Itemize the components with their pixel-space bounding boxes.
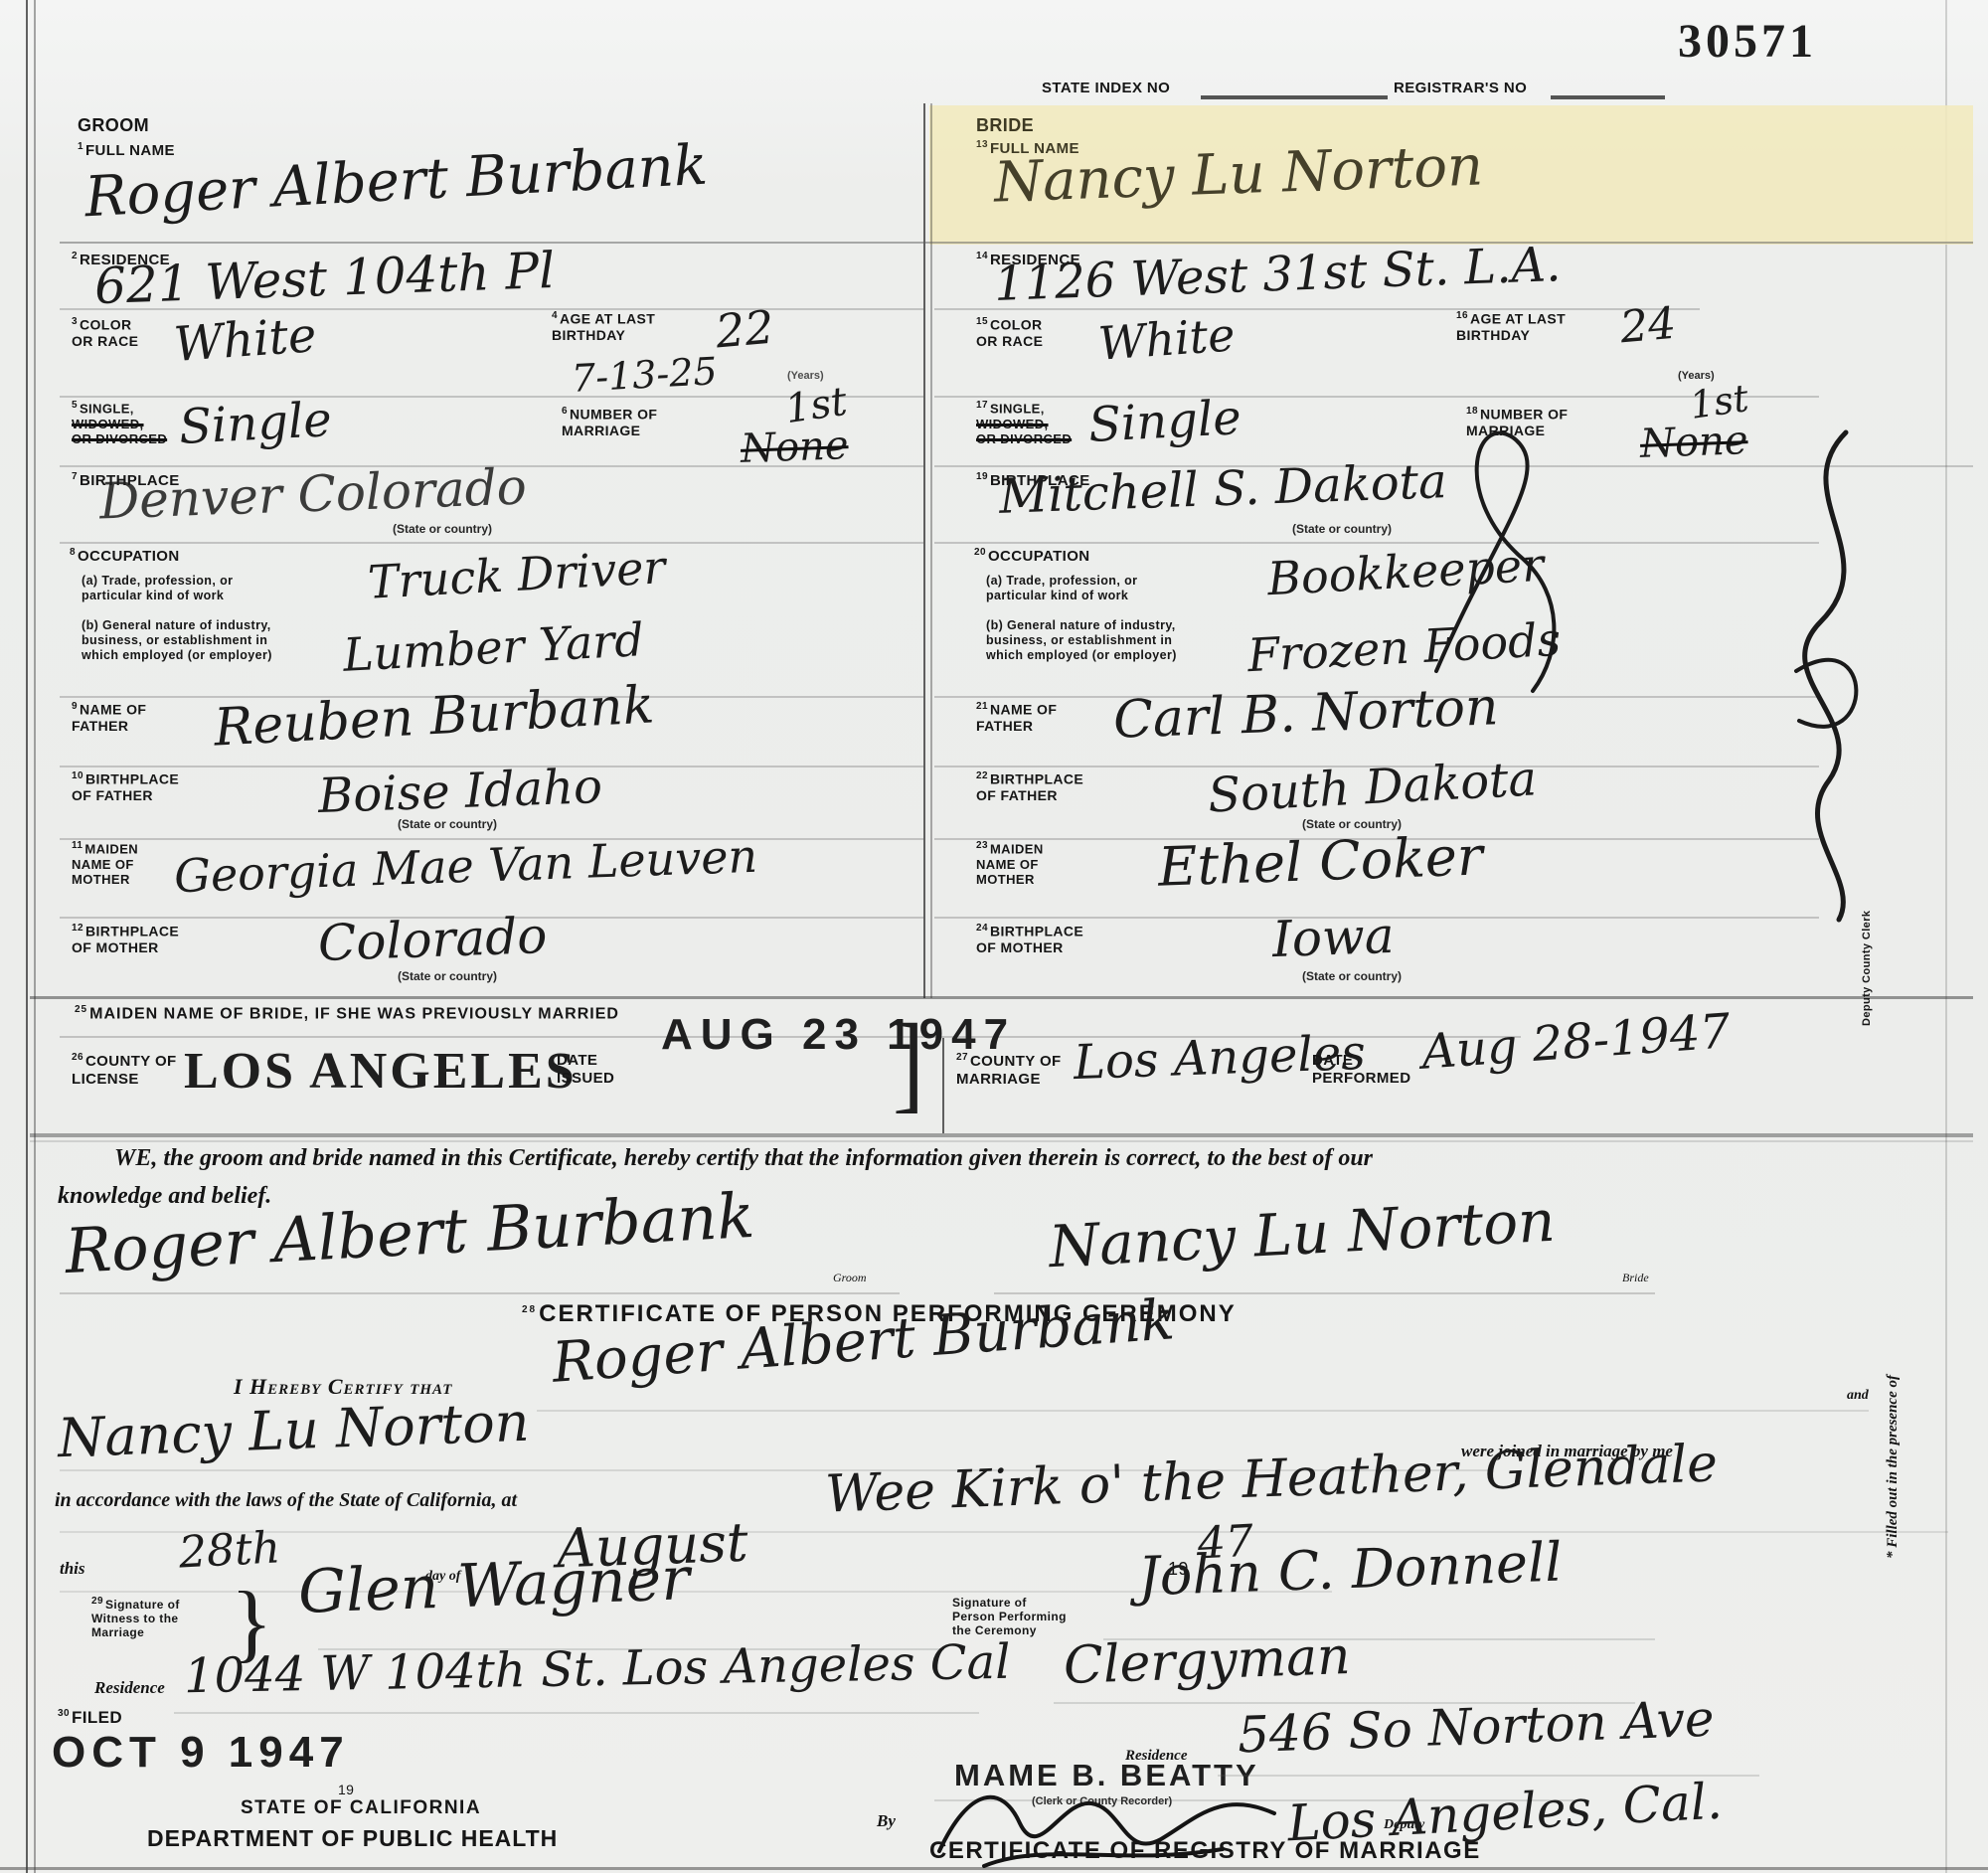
bride-mother-value: Ethel Coker (1157, 829, 1483, 894)
date-performed-value: Aug 28-1947 (1420, 1007, 1733, 1077)
right-fold-line (1945, 0, 1947, 1873)
groom-color-race-label: 3COLOROR RACE (72, 316, 138, 350)
date-issued-label: DATEISSUED (557, 1052, 614, 1087)
witness-signature-value: Glen Wagner (297, 1549, 691, 1622)
bride-mother-label: 23MAIDENNAME OFMOTHER (976, 840, 1044, 887)
witness-residence-value: 1044 W 104th St. Los Angeles Cal (184, 1638, 1011, 1701)
witness-residence-label: Residence (94, 1678, 165, 1698)
groom-residence-value: 621 West 104th Pl (93, 246, 556, 311)
groom-birthplace-hint: (State or country) (393, 522, 492, 536)
groom-signature-label: Groom (833, 1271, 867, 1285)
county-of-marriage-label: 27COUNTY OFMARRIAGE (956, 1052, 1062, 1088)
state-index-blank-line (1201, 95, 1388, 99)
bride-birthplace-hint: (State or country) (1292, 522, 1392, 536)
license-divider (942, 1038, 944, 1133)
rule (934, 308, 1700, 310)
filled-out-note: * Filled out in the presence of (1885, 1375, 1902, 1559)
bride-mother-birthplace-label: 24BIRTHPLACEOF MOTHER (976, 923, 1083, 956)
groom-mother-birthplace-hint: (State or country) (398, 969, 497, 983)
this-label: this (60, 1559, 85, 1579)
bride-age-value: 24 (1618, 302, 1678, 351)
filed-date-stamp: OCT 9 1947 (52, 1728, 350, 1778)
marriage-certificate-scan: 30571 STATE INDEX NO REGISTRAR'S NO GROO… (0, 0, 1988, 1873)
bride-signature: Nancy Lu Norton (1048, 1192, 1557, 1277)
by-label: By (877, 1811, 896, 1831)
groom-mother-value: Georgia Mae Van Leuven (173, 833, 757, 899)
stamp-bracket: ] (893, 998, 924, 1125)
state-index-label: STATE INDEX NO (1042, 80, 1170, 97)
groom-signature-line (60, 1292, 900, 1294)
bride-section-label: BRIDE (976, 115, 1034, 136)
bride-birthplace-value: Mitchell S. Dakota (998, 457, 1447, 521)
bride-occupation-b-label: (b) General nature of industry,business,… (986, 618, 1177, 662)
groom-occupation-label: 8OCCUPATION (70, 547, 180, 566)
groom-full-name-label: 1FULL NAME (78, 141, 175, 160)
groom-birthdate-note: 7-13-25 (571, 352, 718, 398)
bride-mother-birthplace-value: Iowa (1271, 911, 1395, 964)
certification-line1: WE, the groom and bride named in this Ce… (114, 1145, 1373, 1172)
groom-father-birthplace-hint: (State or country) (398, 817, 497, 831)
column-divider (923, 103, 925, 998)
groom-years-hint: (Years) (787, 370, 824, 382)
bride-father-label: 21NAME OFFATHER (976, 701, 1057, 735)
band-bottom-line (30, 1133, 1973, 1137)
performer-signature-label: Signature ofPerson Performingthe Ceremon… (952, 1596, 1067, 1637)
groom-marriage-number-label: 6NUMBER OFMARRIAGE (562, 406, 657, 439)
bride-color-race-value: White (1097, 311, 1237, 366)
groom-mother-label: 11MAIDENNAME OFMOTHER (72, 840, 138, 887)
registrar-label: REGISTRAR'S NO (1394, 80, 1527, 97)
ceremony-bride-name: Nancy Lu Norton (57, 1396, 530, 1466)
bride-father-birthplace-label: 22BIRTHPLACEOF FATHER (976, 770, 1083, 804)
rule (537, 1410, 1869, 1412)
bride-full-name-value: Nancy Lu Norton (993, 138, 1484, 211)
groom-occupation-b-label: (b) General nature of industry,business,… (82, 618, 272, 662)
bride-marital-value: Single (1087, 394, 1242, 449)
performer-residence-value2: Los Angeles, Cal. (1286, 1777, 1724, 1849)
groom-father-value: Reuben Burbank (213, 679, 655, 754)
certificate-number: 30571 (1678, 14, 1817, 69)
bride-marital-label: 17SINGLE,WIDOWED,OR DIVORCED (976, 400, 1072, 446)
filed-label: 30FILED (58, 1708, 122, 1728)
rule (60, 308, 924, 310)
state-line1: STATE OF CALIFORNIA (241, 1797, 481, 1819)
bride-occupation-label: 20OCCUPATION (974, 547, 1090, 566)
bride-marriage-number-struck: None (1639, 421, 1748, 464)
bride-father-birthplace-value: South Dakota (1207, 755, 1538, 819)
groom-birthplace-value: Denver Colorado (98, 462, 527, 527)
groom-mother-birthplace-value: Colorado (317, 911, 548, 968)
groom-occupation-b-value: Lumber Yard (342, 616, 645, 678)
section-divider (30, 996, 1973, 999)
left-edge-line (26, 0, 28, 1873)
column-divider-2 (930, 103, 932, 998)
groom-color-race-value: White (173, 311, 318, 369)
county-of-license-label: 26COUNTY OFLICENSE (72, 1052, 177, 1088)
groom-occupation-a-label: (a) Trade, profession, orparticular kind… (82, 574, 233, 603)
ceremony-day-value: 28th (178, 1526, 281, 1575)
groom-marital-value: Single (178, 396, 333, 451)
groom-occupation-a-value: Truck Driver (367, 544, 666, 605)
rule (174, 1712, 979, 1714)
bride-age-label: 16AGE AT LASTBIRTHDAY (1456, 310, 1566, 344)
performer-signature-value: John C. Donnell (1137, 1536, 1563, 1605)
registrar-blank-line (1551, 95, 1665, 99)
bride-occupation-a-label: (a) Trade, profession, orparticular kind… (986, 574, 1137, 603)
margin-signature-flourish (1751, 418, 1901, 935)
bride-color-race-label: 15COLOROR RACE (976, 316, 1043, 350)
groom-father-label: 9NAME OFFATHER (72, 701, 146, 735)
groom-father-birthplace-label: 10BIRTHPLACEOF FATHER (72, 770, 179, 804)
groom-full-name-value: Roger Albert Burbank (83, 138, 709, 227)
rule (60, 542, 924, 544)
groom-mother-birthplace-label: 12BIRTHPLACEOF MOTHER (72, 923, 179, 956)
rule (934, 396, 1819, 398)
witness-signature-label: 29Signature ofWitness to theMarriage (91, 1596, 180, 1639)
performer-residence-value1: 546 So Norton Ave (1237, 1694, 1715, 1761)
rule (60, 1531, 1948, 1533)
ceremony-place-value: Wee Kirk o' the Heather, Glendale (824, 1438, 1718, 1520)
groom-marriage-number-struck: None (740, 426, 849, 469)
state-line2: DEPARTMENT OF PUBLIC HEALTH (147, 1825, 558, 1852)
county-of-license-stamp: LOS ANGELES (184, 1042, 578, 1101)
bride-mother-birthplace-hint: (State or country) (1302, 969, 1402, 983)
band-bottom-line-2 (30, 1140, 1973, 1142)
groom-marital-label: 5SINGLE,WIDOWED,OR DIVORCED (72, 400, 167, 446)
groom-age-value: 22 (714, 304, 775, 355)
left-edge-line-2 (34, 0, 36, 1873)
and-label: and (1847, 1388, 1869, 1404)
date-performed-label: DATEPERFORMED (1312, 1052, 1410, 1087)
bride-signature-label: Bride (1622, 1271, 1649, 1285)
performer-residence-label: Residence (1125, 1748, 1187, 1765)
performer-title-value: Clergyman (1063, 1630, 1351, 1692)
previous-maiden-name-label: 25MAIDEN NAME OF BRIDE, IF SHE WAS PREVI… (75, 1004, 619, 1024)
groom-section-label: GROOM (78, 115, 149, 136)
rule (934, 542, 1819, 544)
accordance-label: in accordance with the laws of the State… (55, 1489, 517, 1512)
bride-overflow-flourish (1411, 408, 1580, 706)
rule (60, 242, 1973, 244)
groom-age-label: 4AGE AT LASTBIRTHDAY (552, 310, 655, 344)
groom-father-birthplace-value: Boise Idaho (317, 763, 602, 820)
filed-year-prefix: 19 (338, 1782, 354, 1798)
